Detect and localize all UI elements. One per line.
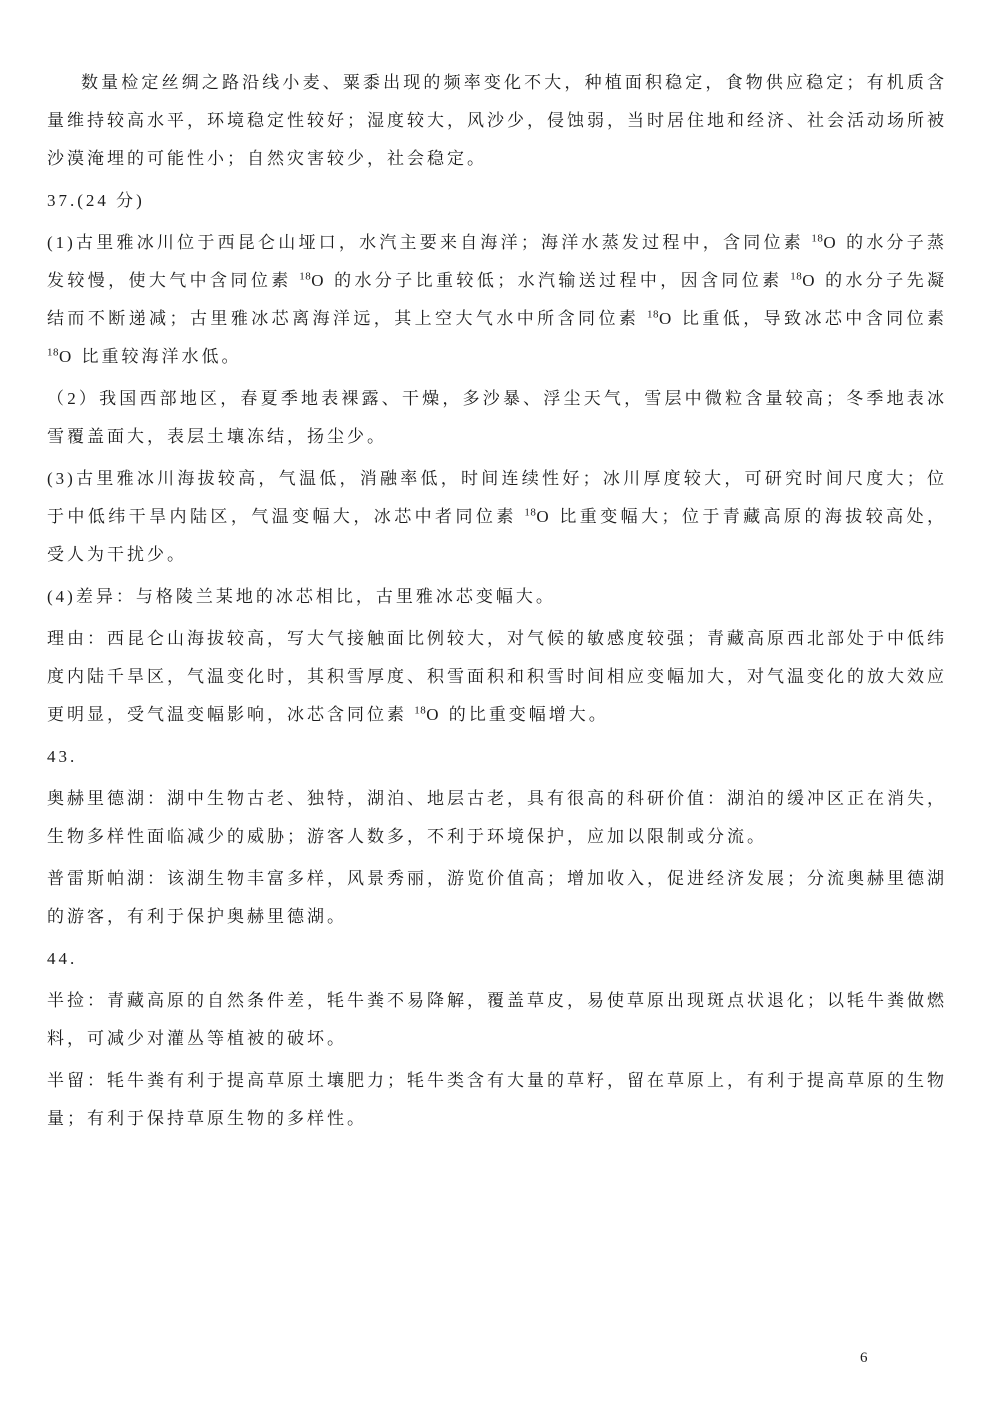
question-43-header: 43. — [47, 738, 947, 776]
text-run: 奥赫里德湖：湖中生物古老、独特，湖泊、地层古老，具有很高的科研价值：湖泊的缓冲区… — [47, 789, 947, 846]
text-run: 半捡：青藏高原的自然条件差，牦牛粪不易降解，覆盖草皮，易使草原出现斑点状退化；以… — [47, 991, 947, 1048]
question-37-header: 37.(24 分) — [47, 182, 947, 220]
answer-37-2: （2）我国西部地区，春夏季地表裸露、干燥，多沙暴、浮尘天气，雪层中微粒含量较高；… — [47, 380, 947, 456]
answer-37-1: (1)古里雅冰川位于西昆仑山垭口，水汽主要来自海洋；海洋水蒸发过程中，含同位素 … — [47, 224, 947, 376]
isotope-superscript: 18 — [47, 346, 59, 358]
text-run: (1)古里雅冰川位于西昆仑山垭口，水汽主要来自海洋；海洋水蒸发过程中，含同位素 — [47, 233, 811, 252]
text-run: 43. — [47, 747, 77, 766]
text-run: 数量检定丝绸之路沿线小麦、粟黍出现的频率变化不大，种植面积稳定，食物供应稳定；有… — [47, 73, 947, 168]
isotope-superscript: 18 — [414, 704, 426, 716]
isotope-superscript: 18 — [811, 232, 823, 244]
question-44-header: 44. — [47, 940, 947, 978]
answer-37-4: (4)差异：与格陵兰某地的冰芯相比，古里雅冰芯变幅大。 — [47, 578, 947, 616]
answer-43-prespa-lake: 普雷斯帕湖：该湖生物丰富多样，风景秀丽，游览价值高；增加收入，促进经济发展；分流… — [47, 860, 947, 936]
isotope-superscript: 18 — [647, 308, 659, 320]
page-number: 6 — [860, 1348, 868, 1368]
text-run: O 的比重变幅增大。 — [426, 705, 609, 724]
text-run: 37.(24 分) — [47, 191, 145, 210]
answer-37-3: (3)古里雅冰川海拔较高，气温低，消融率低，时间连续性好；冰川厚度较大，可研究时… — [47, 460, 947, 574]
text-run: 44. — [47, 949, 77, 968]
text-run: （2）我国西部地区，春夏季地表裸露、干燥，多沙暴、浮尘天气，雪层中微粒含量较高；… — [47, 389, 947, 446]
isotope-superscript: 18 — [299, 270, 311, 282]
document-body: 数量检定丝绸之路沿线小麦、粟黍出现的频率变化不大，种植面积稳定，食物供应稳定；有… — [47, 64, 947, 1142]
answer-36-continued: 数量检定丝绸之路沿线小麦、粟黍出现的频率变化不大，种植面积稳定，食物供应稳定；有… — [47, 64, 947, 178]
text-run: (4)差异：与格陵兰某地的冰芯相比，古里雅冰芯变幅大。 — [47, 587, 556, 606]
answer-43-ohrid-lake: 奥赫里德湖：湖中生物古老、独特，湖泊、地层古老，具有很高的科研价值：湖泊的缓冲区… — [47, 780, 947, 856]
answer-44-half-pick: 半捡：青藏高原的自然条件差，牦牛粪不易降解，覆盖草皮，易使草原出现斑点状退化；以… — [47, 982, 947, 1058]
isotope-superscript: 18 — [524, 506, 536, 518]
text-run: 半留：牦牛粪有利于提高草原土壤肥力；牦牛类含有大量的草籽，留在草原上，有利于提高… — [47, 1071, 947, 1128]
document-page: 数量检定丝绸之路沿线小麦、粟黍出现的频率变化不大，种植面积稳定，食物供应稳定；有… — [0, 0, 992, 1403]
text-run: O 比重较海洋水低。 — [59, 347, 242, 366]
text-run: 普雷斯帕湖：该湖生物丰富多样，风景秀丽，游览价值高；增加收入，促进经济发展；分流… — [47, 869, 947, 926]
text-run: O 的水分子比重较低；水汽输送过程中，因含同位素 — [311, 271, 790, 290]
isotope-superscript: 18 — [790, 270, 802, 282]
answer-44-half-leave: 半留：牦牛粪有利于提高草原土壤肥力；牦牛类含有大量的草籽，留在草原上，有利于提高… — [47, 1062, 947, 1138]
text-run: O 比重低，导致冰芯中含同位素 — [659, 309, 947, 328]
answer-37-4-reason: 理由：西昆仑山海拔较高，写大气接触面比例较大，对气候的敏感度较强；青藏高原西北部… — [47, 620, 947, 734]
